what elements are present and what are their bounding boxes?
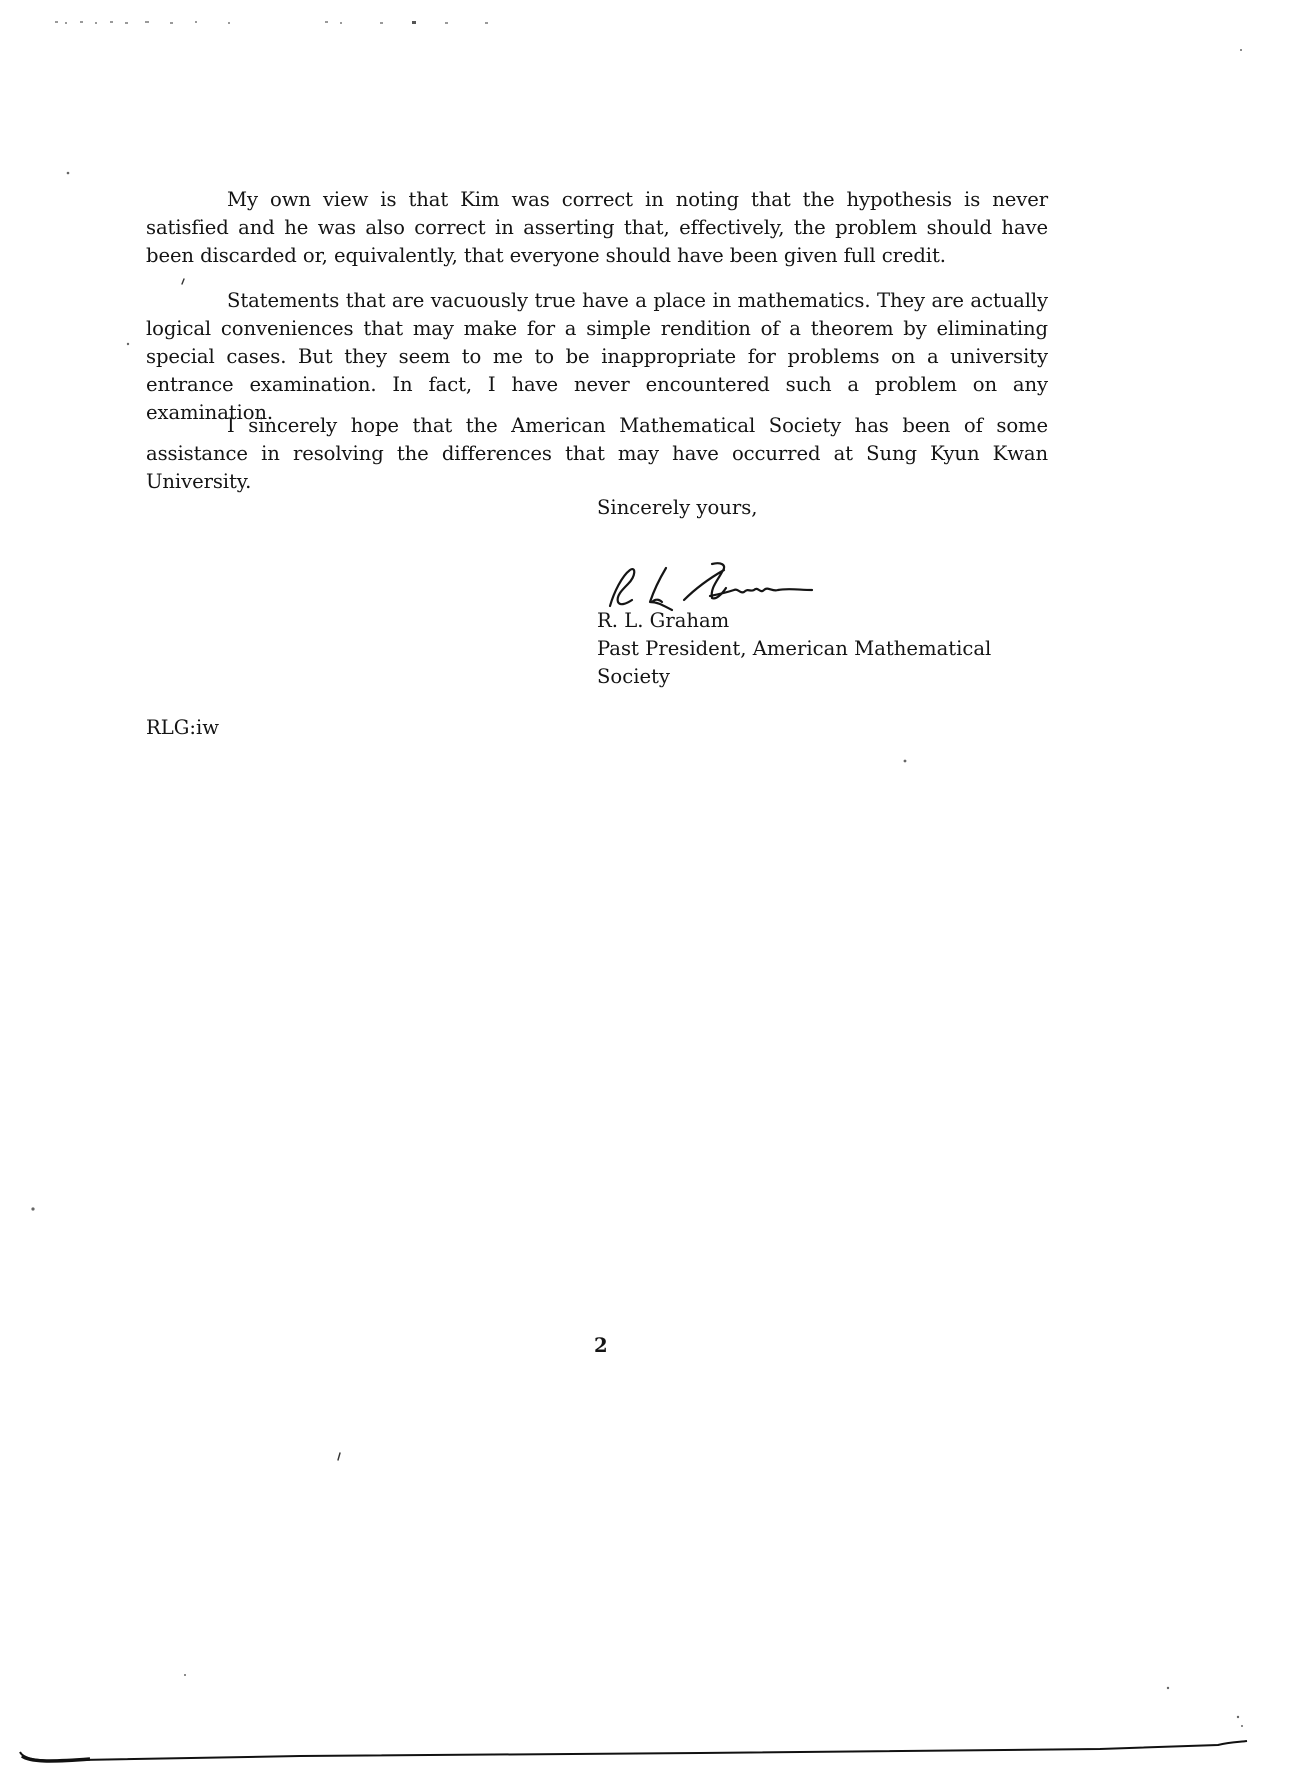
page-number: 2 bbox=[594, 1332, 608, 1360]
body-paragraph: I sincerely hope that the American Mathe… bbox=[146, 412, 1048, 496]
paragraph-text: I sincerely hope that the American Mathe… bbox=[146, 412, 1048, 496]
closing-salutation: Sincerely yours, bbox=[597, 494, 758, 522]
signer-block: R. L. Graham Past President, American Ma… bbox=[597, 607, 991, 691]
signer-title-continued: Society bbox=[597, 663, 991, 691]
body-paragraph: My own view is that Kim was correct in n… bbox=[146, 186, 1048, 270]
reference-initials: RLG:iw bbox=[146, 714, 219, 742]
paragraph-text: Statements that are vacuously true have … bbox=[146, 287, 1048, 427]
signer-title: Past President, American Mathematical bbox=[597, 635, 991, 663]
letter-page: My own view is that Kim was correct in n… bbox=[0, 0, 1293, 1769]
paragraph-text: My own view is that Kim was correct in n… bbox=[146, 186, 1048, 270]
signature-icon bbox=[600, 558, 815, 614]
signer-name: R. L. Graham bbox=[597, 607, 991, 635]
body-paragraph: Statements that are vacuously true have … bbox=[146, 287, 1048, 427]
